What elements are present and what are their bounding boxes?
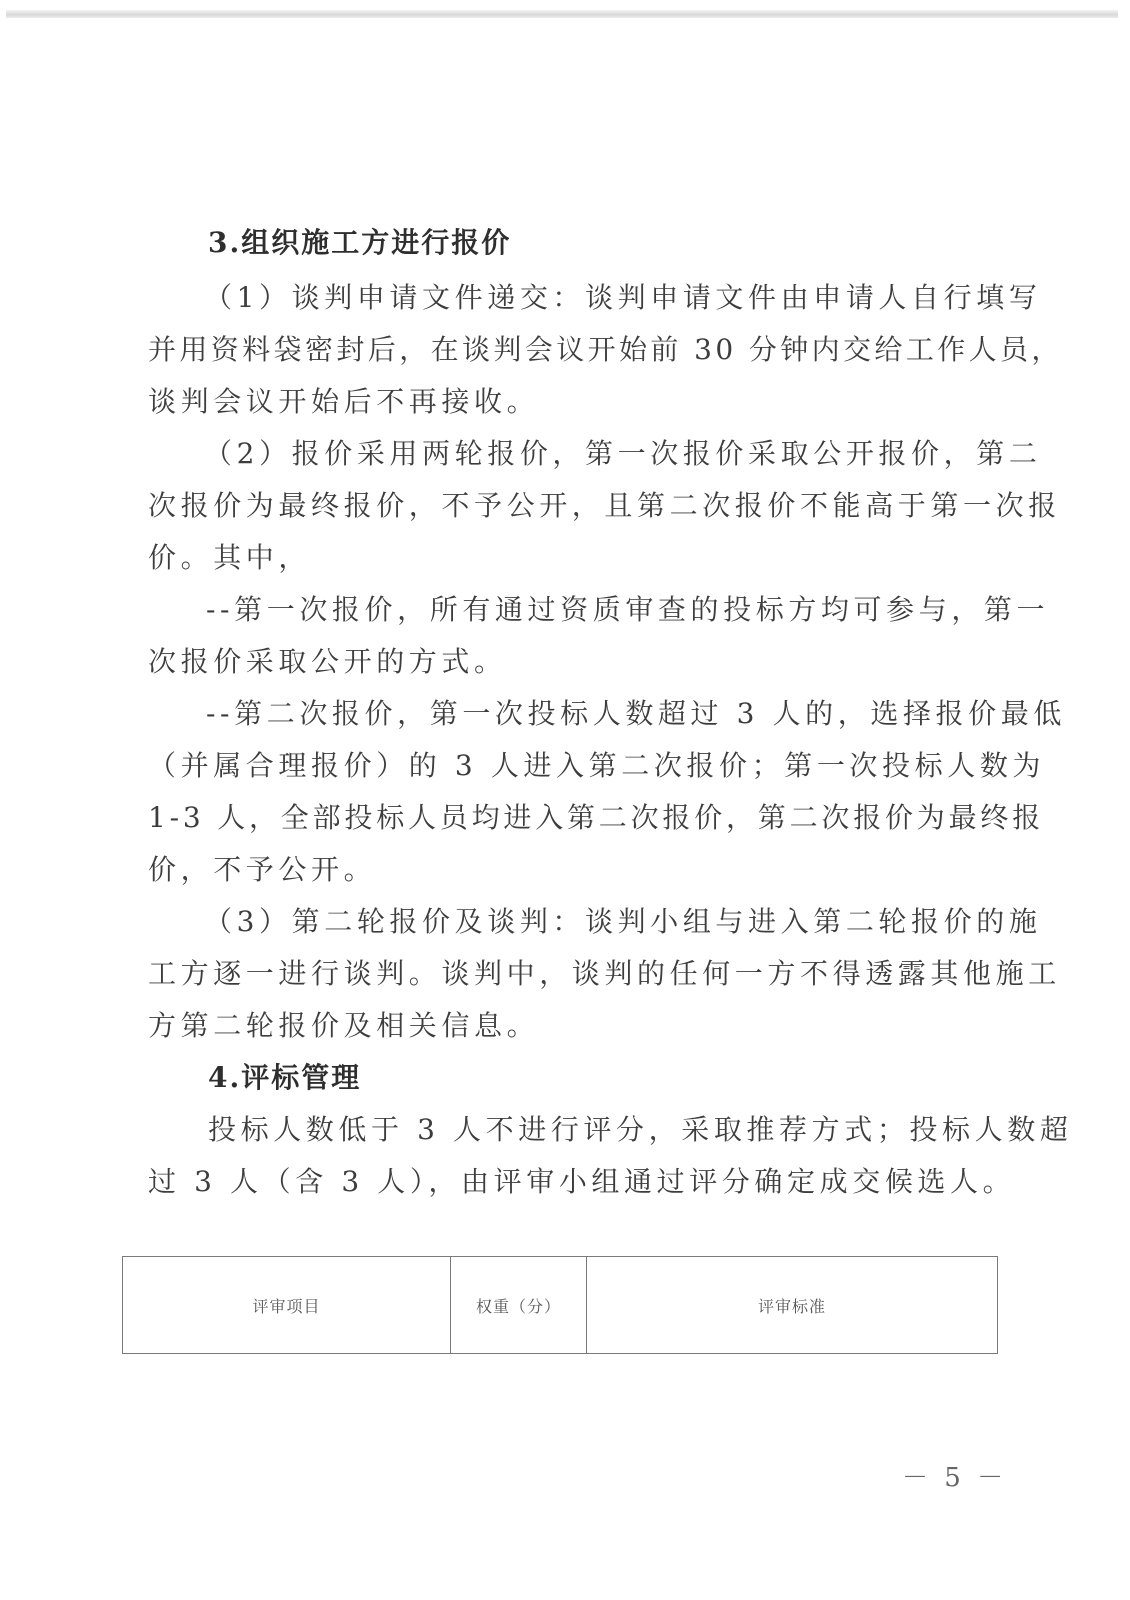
table-header-row: 评审项目 权重（分） 评审标准: [123, 1257, 998, 1354]
item-2-line-2: 次报价为最终报价，不予公开，且第二次报价不能高于第一次报: [148, 489, 988, 523]
item-3-line-2: 工方逐一进行谈判。谈判中，谈判的任何一方不得透露其他施工: [148, 957, 988, 991]
header-eval-criteria: 评审标准: [587, 1257, 998, 1354]
section-4-line-2: 过 3 人（含 3 人），由评审小组通过评分确定成交候选人。: [148, 1165, 988, 1199]
header-eval-item: 评审项目: [123, 1257, 451, 1354]
header-weight: 权重（分）: [451, 1257, 587, 1354]
item-1-line-1: （1）谈判申请文件递交：谈判申请文件由申请人自行填写: [204, 281, 1044, 315]
item-3-line-1: （3）第二轮报价及谈判：谈判小组与进入第二轮报价的施: [204, 905, 1044, 939]
bullet-1-line-2: 次报价采取公开的方式。: [148, 645, 988, 679]
bullet-2-line-2: （并属合理报价）的 3 人进入第二次报价；第一次投标人数为: [148, 749, 988, 783]
bullet-2-line-1: --第二次报价，第一次投标人数超过 3 人的，选择报价最低: [206, 697, 1046, 731]
evaluation-table: 评审项目 权重（分） 评审标准: [122, 1256, 998, 1354]
bullet-1-line-1: --第一次报价，所有通过资质审查的投标方均可参与，第一: [206, 593, 1046, 627]
item-1-line-3: 谈判会议开始后不再接收。: [148, 385, 988, 419]
section-4-line-1: 投标人数低于 3 人不进行评分，采取推荐方式；投标人数超: [208, 1113, 1048, 1147]
item-1-line-2: 并用资料袋密封后，在谈判会议开始前 30 分钟内交给工作人员，: [148, 333, 988, 367]
item-2-line-1: （2）报价采用两轮报价，第一次报价采取公开报价，第二: [204, 437, 1044, 471]
item-3-line-3: 方第二轮报价及相关信息。: [148, 1009, 988, 1043]
item-2-line-3: 价。其中，: [148, 541, 988, 575]
page-number: － 5 －: [902, 1457, 1007, 1494]
document-page: 3.组织施工方进行报价 （1）谈判申请文件递交：谈判申请文件由申请人自行填写 并…: [0, 0, 1130, 1600]
bullet-2-line-4: 价，不予公开。: [148, 853, 988, 887]
section-3-heading: 3.组织施工方进行报价: [208, 226, 1048, 260]
bullet-2-line-3: 1-3 人，全部投标人员均进入第二次报价，第二次报价为最终报: [148, 801, 988, 835]
section-4-heading: 4.评标管理: [208, 1061, 1048, 1095]
